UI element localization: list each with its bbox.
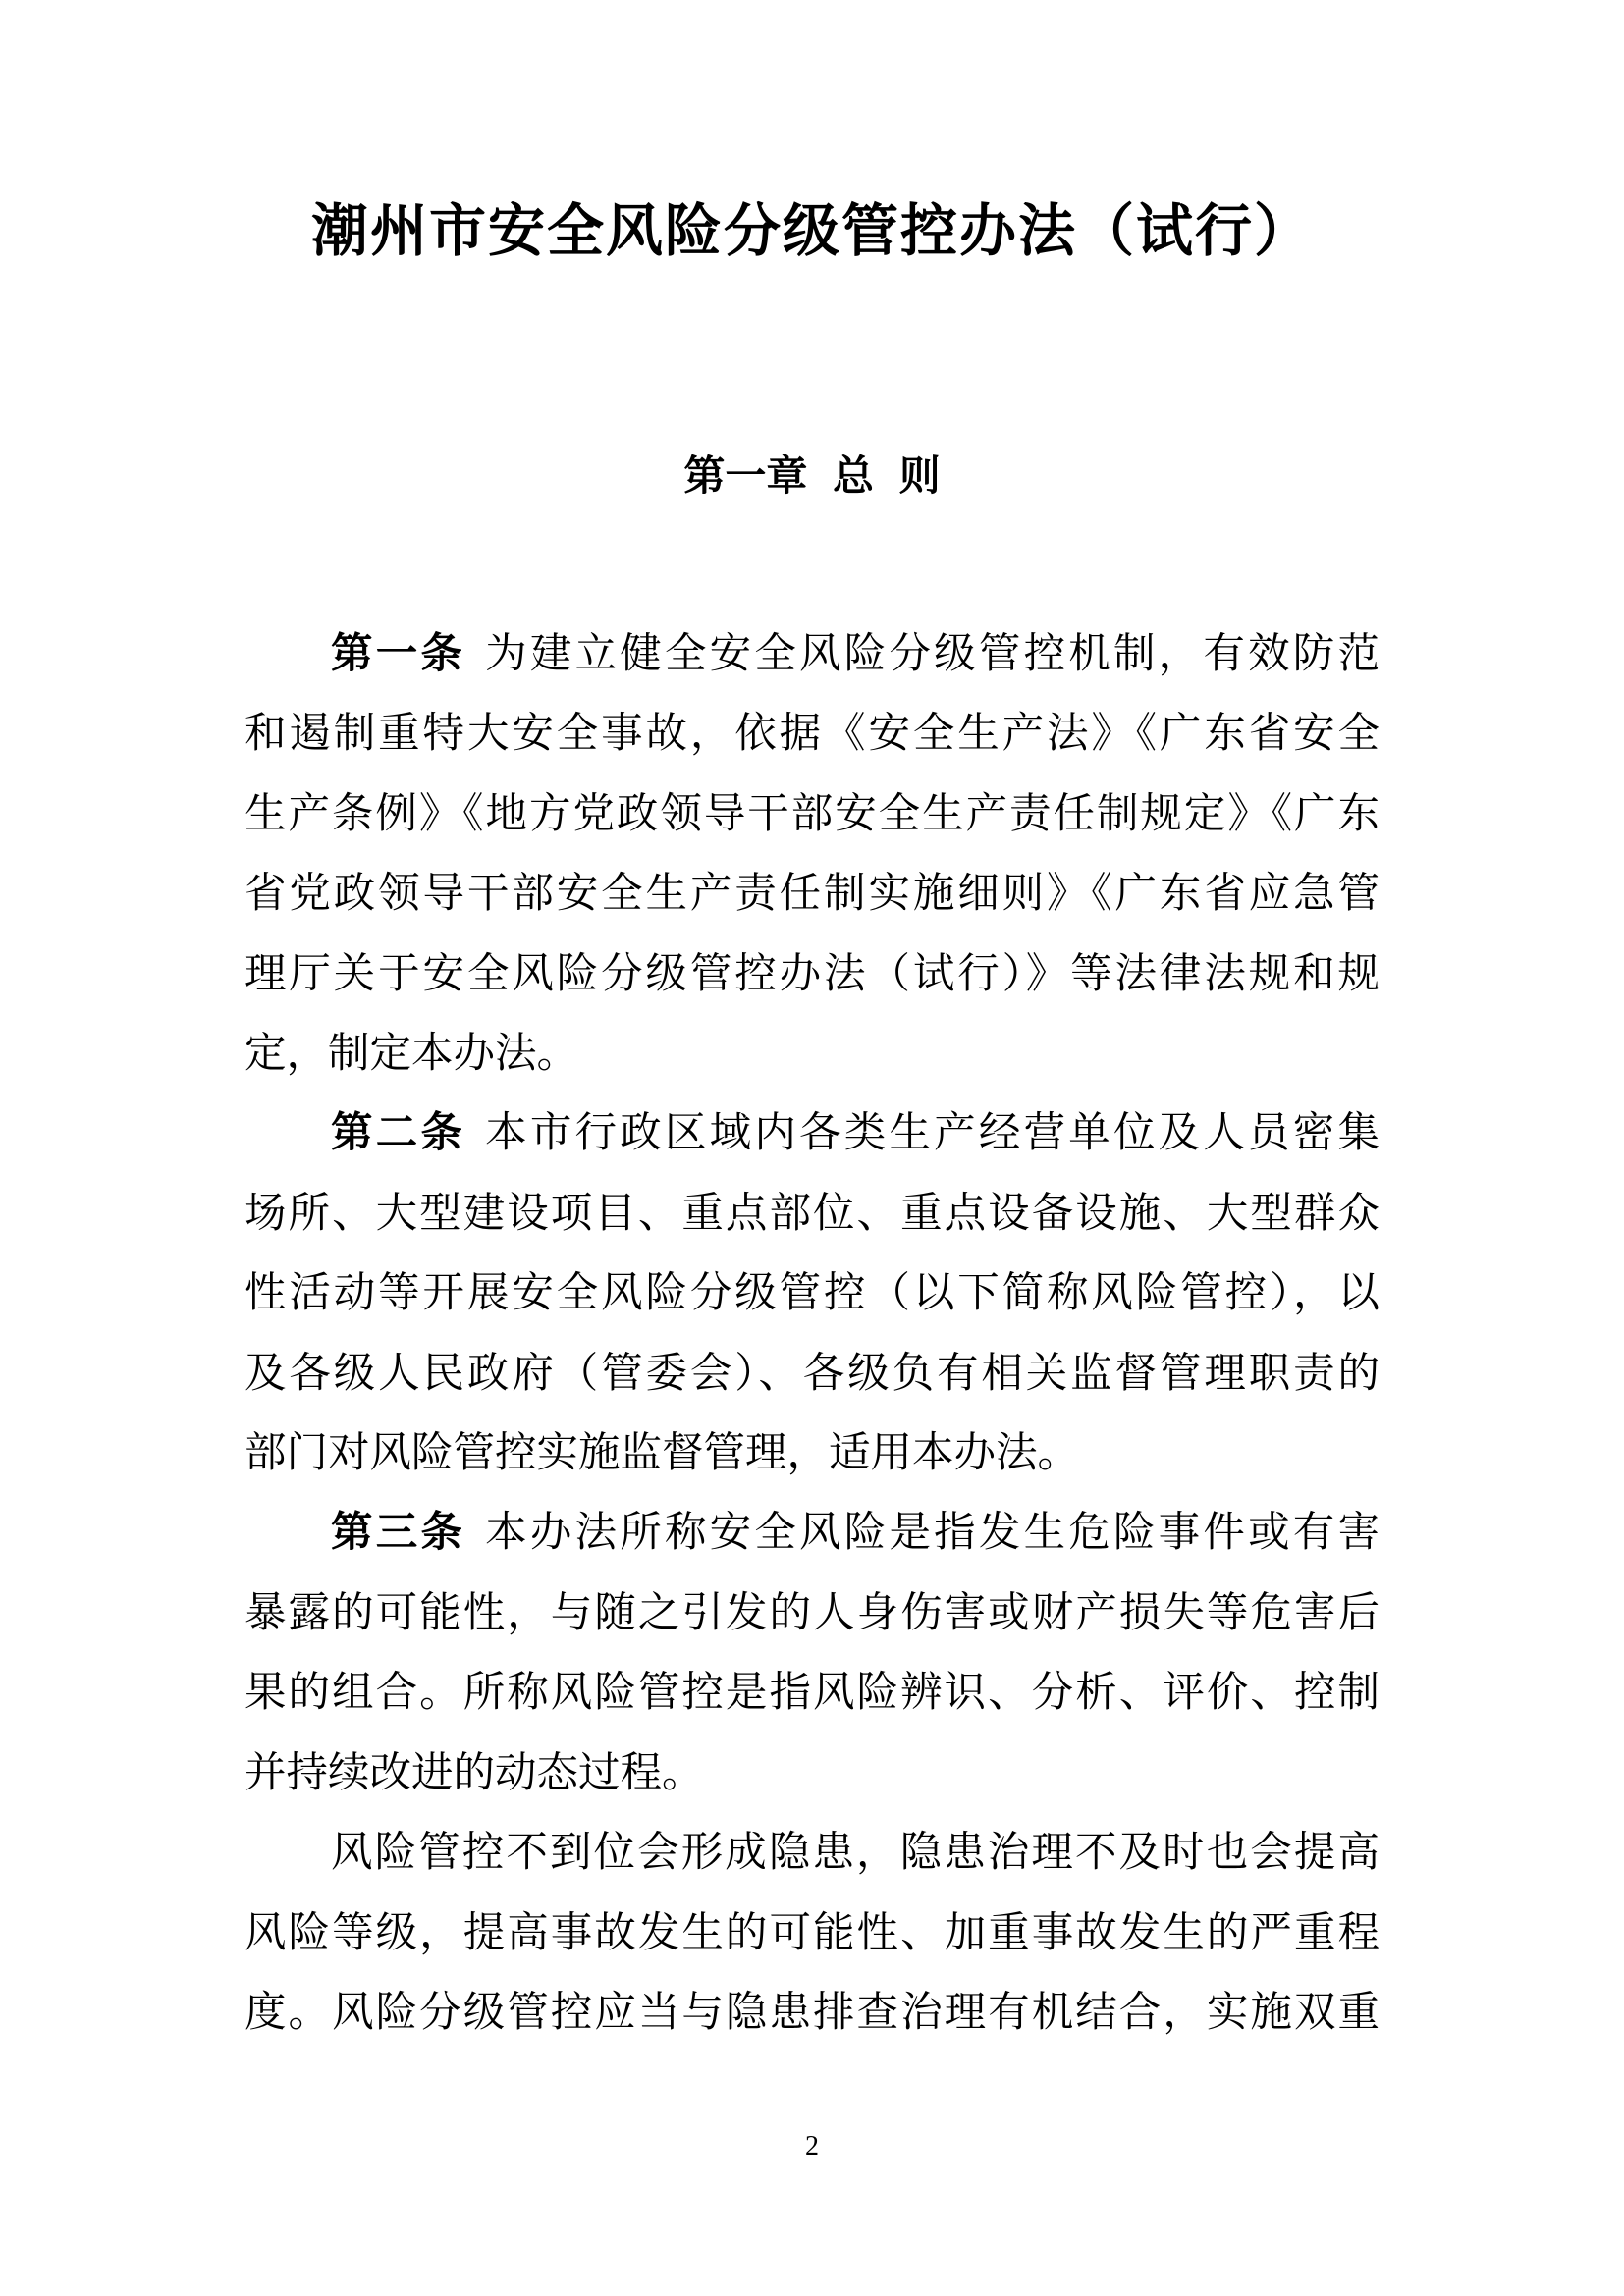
body-line: 及各级人民政府（管委会）、各级负有相关监督管理职责的 bbox=[244, 1334, 1380, 1414]
body-line: 部门对风险管控实施监督管理，适用本办法。 bbox=[244, 1414, 1380, 1493]
document-title: 潮州市安全风险分级管控办法（试行） bbox=[0, 198, 1624, 265]
document-page: 潮州市安全风险分级管控办法（试行） 第一章 总 则 第一条为建立健全安全风险分级… bbox=[0, 0, 1624, 2296]
article-3-text: 本办法所称安全风险是指发生危险事件或有害 bbox=[485, 1510, 1380, 1556]
article-2-text: 本市行政区域内各类生产经营单位及人员密集 bbox=[485, 1110, 1380, 1156]
document-body: 第一条为建立健全安全风险分级管控机制，有效防范 和遏制重特大安全事故，依据《安全… bbox=[244, 614, 1380, 2053]
paragraph-4-first-line: 风险管控不到位会形成隐患，隐患治理不及时也会提高 bbox=[244, 1813, 1380, 1893]
article-3-label: 第三条 bbox=[331, 1510, 465, 1556]
article-1-label: 第一条 bbox=[331, 631, 465, 677]
body-line: 场所、大型建设项目、重点部位、重点设备设施、大型群众 bbox=[244, 1174, 1380, 1254]
article-3-first-line: 第三条本办法所称安全风险是指发生危险事件或有害 bbox=[244, 1493, 1380, 1573]
body-line: 暴露的可能性，与随之引发的人身伤害或财产损失等危害后 bbox=[244, 1574, 1380, 1653]
body-line: 果的组合。所称风险管控是指风险辨识、分析、评价、控制 bbox=[244, 1653, 1380, 1733]
body-line: 性活动等开展安全风险分级管控（以下简称风险管控），以 bbox=[244, 1254, 1380, 1333]
article-2-label: 第二条 bbox=[331, 1110, 465, 1156]
body-line: 并持续改进的动态过程。 bbox=[244, 1734, 1380, 1813]
body-line: 理厅关于安全风险分级管控办法（试行）》等法律法规和规 bbox=[244, 934, 1380, 1014]
body-line: 省党政领导干部安全生产责任制实施细则》《广东省应急管 bbox=[244, 854, 1380, 934]
body-line: 风险等级，提高事故发生的可能性、加重事故发生的严重程 bbox=[244, 1894, 1380, 1973]
article-2-first-line: 第二条本市行政区域内各类生产经营单位及人员密集 bbox=[244, 1094, 1380, 1173]
chapter-heading: 第一章 总 则 bbox=[0, 452, 1624, 501]
article-1-first-line: 第一条为建立健全安全风险分级管控机制，有效防范 bbox=[244, 614, 1380, 694]
page-number: 2 bbox=[0, 2131, 1624, 2163]
body-line: 度。风险分级管控应当与隐患排查治理有机结合，实施双重 bbox=[244, 1973, 1380, 2053]
article-1-text: 为建立健全安全风险分级管控机制，有效防范 bbox=[485, 631, 1380, 677]
body-line: 生产条例》《地方党政领导干部安全生产责任制规定》《广东 bbox=[244, 774, 1380, 854]
body-line: 定，制定本办法。 bbox=[244, 1014, 1380, 1094]
body-line: 和遏制重特大安全事故，依据《安全生产法》《广东省安全 bbox=[244, 694, 1380, 774]
